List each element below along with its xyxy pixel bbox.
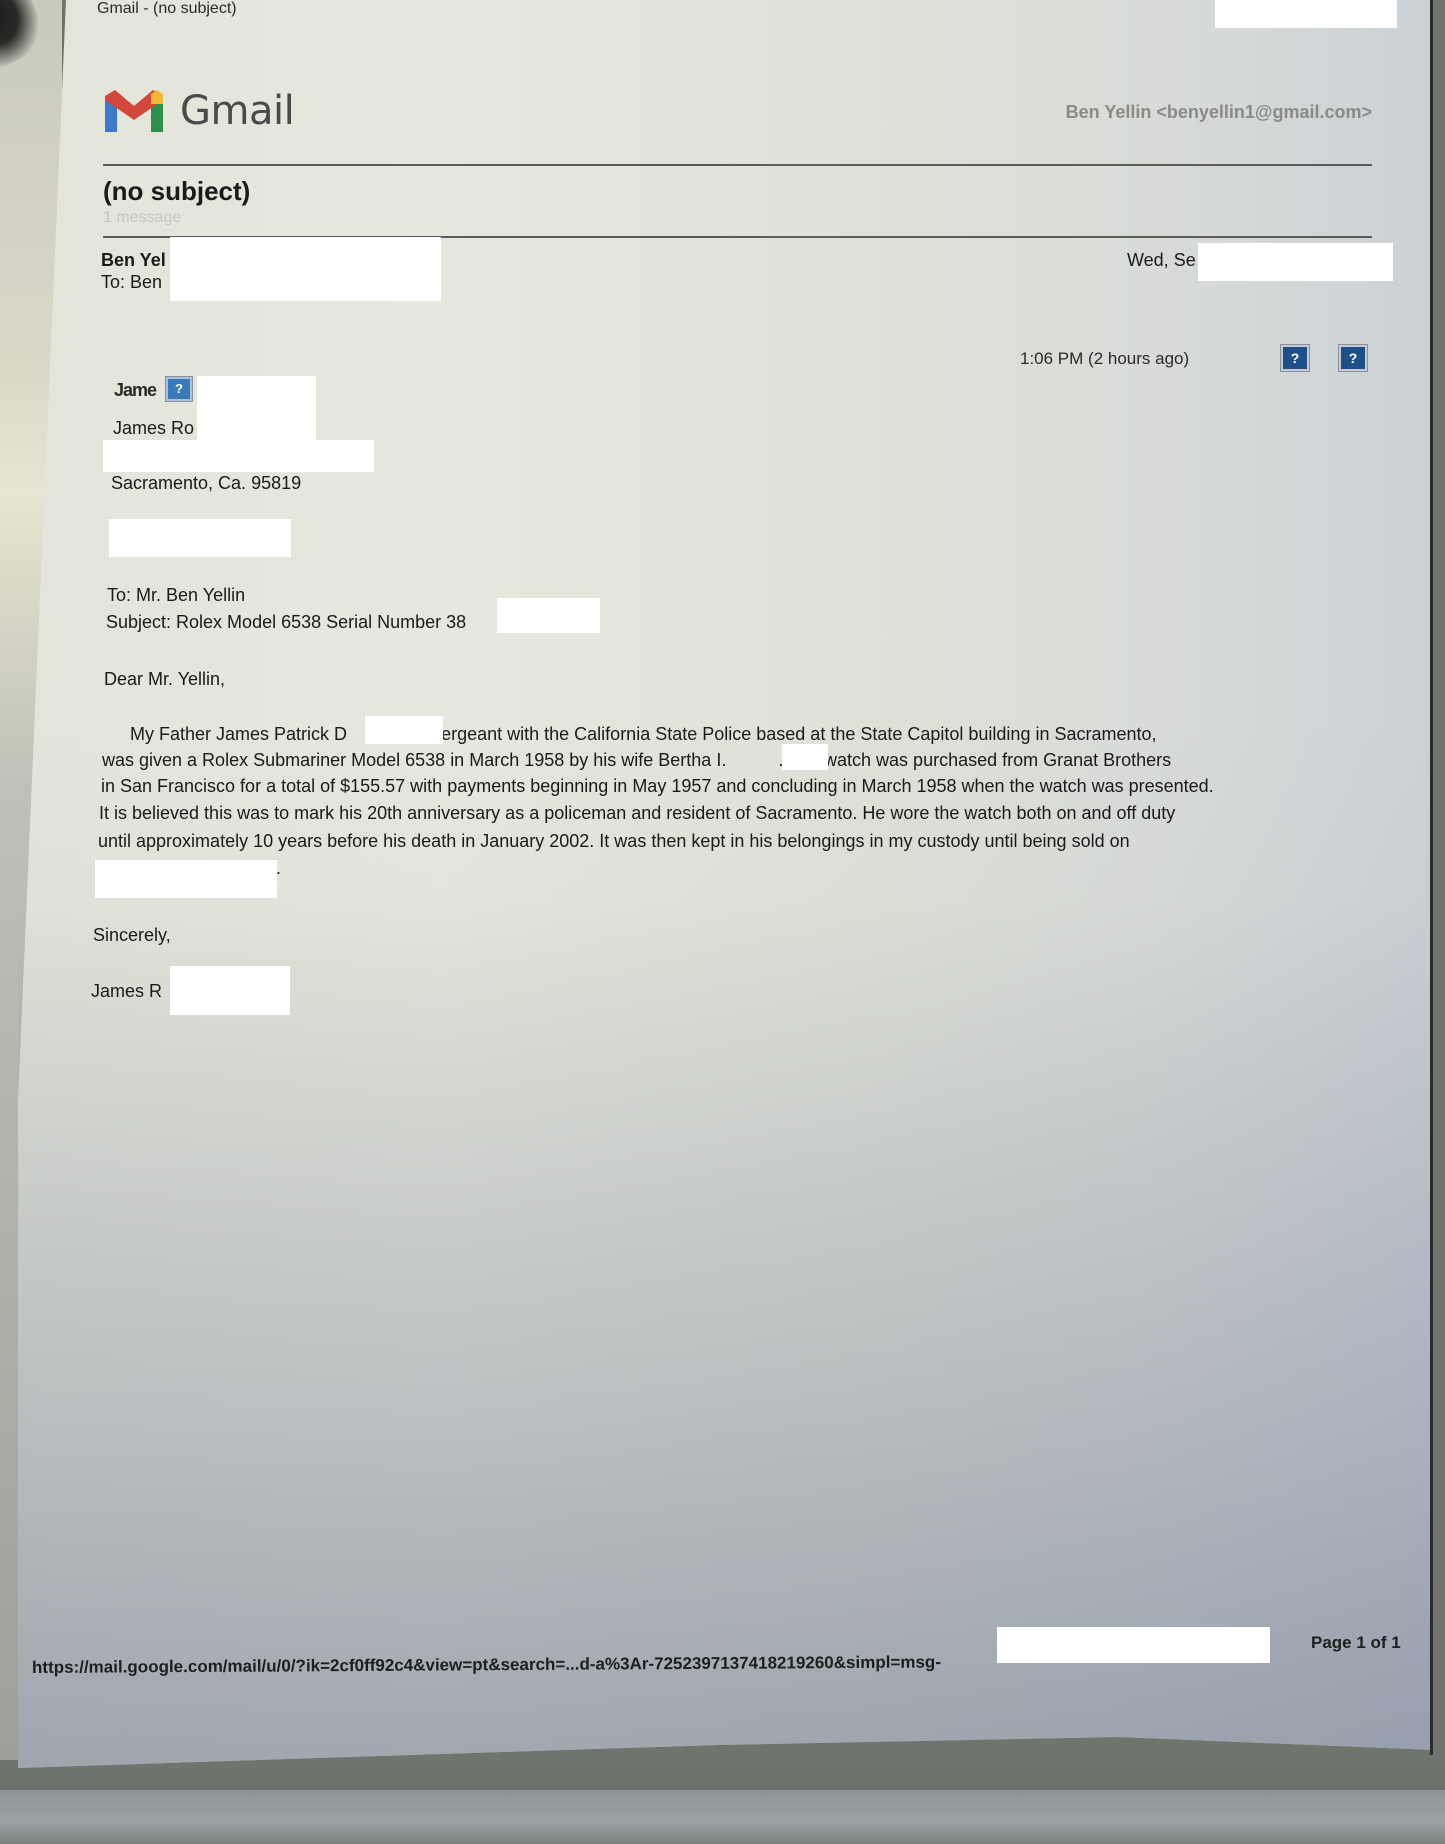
letter-closing: Sincerely, — [93, 925, 171, 946]
gmail-logo-icon — [105, 90, 163, 132]
print-header-title: Gmail - (no subject) — [97, 0, 237, 18]
divider — [103, 164, 1372, 166]
message-date: Wed, Se — [1127, 250, 1196, 271]
redaction — [103, 440, 374, 472]
letter-body-line: It is believed this was to mark his 20th… — [99, 803, 1175, 824]
redaction — [197, 410, 316, 440]
letter-body-text: My Father James Patrick D — [130, 724, 347, 744]
redaction — [1198, 243, 1393, 281]
page-right-edge — [1430, 0, 1433, 1755]
missing-image-icon: ? — [1339, 345, 1367, 371]
letter-body-text: was given a Rolex Submariner Model 6538 … — [102, 750, 726, 770]
page-number: Page 1 of 1 — [1311, 1633, 1401, 1653]
redaction — [109, 519, 291, 557]
redaction — [170, 966, 290, 1015]
redaction — [782, 744, 828, 770]
letter-to-line: To: Mr. Ben Yellin — [107, 585, 245, 606]
redaction — [95, 860, 277, 898]
letter-body-text: Sergeant with the California State Polic… — [429, 724, 1156, 744]
redaction — [497, 598, 600, 633]
letter-signature: James R — [91, 981, 162, 1002]
letter-body-line: in San Francisco for a total of $155.57 … — [101, 776, 1214, 797]
letter-garbled-header: Jame — [114, 380, 156, 401]
missing-image-icon: ? — [166, 377, 192, 401]
message-count: 1 message — [103, 209, 181, 227]
letter-sender-name: James Ro — [113, 418, 194, 439]
letter-body-line: until approximately 10 years before his … — [98, 831, 1130, 852]
letter-sender-city: Sacramento, Ca. 95819 — [111, 473, 301, 494]
message-sender: Ben Yel — [101, 250, 166, 271]
gmail-wordmark: Gmail — [180, 88, 294, 134]
letter-salutation: Dear Mr. Yellin, — [104, 669, 225, 690]
message-time: 1:06 PM (2 hours ago) — [1020, 349, 1189, 369]
redaction — [170, 237, 441, 301]
redaction — [365, 716, 443, 744]
desk-background-bottom — [0, 1768, 1445, 1790]
redaction — [1215, 0, 1397, 28]
account-email: Ben Yellin <benyellin1@gmail.com> — [1066, 102, 1372, 123]
thread-subject: (no subject) — [103, 176, 250, 207]
letter-body-line: My Father James Patrick D Sergeant with … — [130, 724, 1157, 745]
redaction — [997, 1627, 1270, 1663]
letter-body-line: was given a Rolex Submariner Model 6538 … — [102, 750, 1171, 771]
letter-subject-line: Subject: Rolex Model 6538 Serial Number … — [106, 612, 466, 633]
letter-body-text: . The watch was purchased from Granat Br… — [778, 750, 1171, 770]
message-recipient: To: Ben — [101, 272, 162, 293]
missing-image-icon: ? — [1281, 345, 1309, 371]
second-sheet-edge — [0, 1790, 1445, 1844]
